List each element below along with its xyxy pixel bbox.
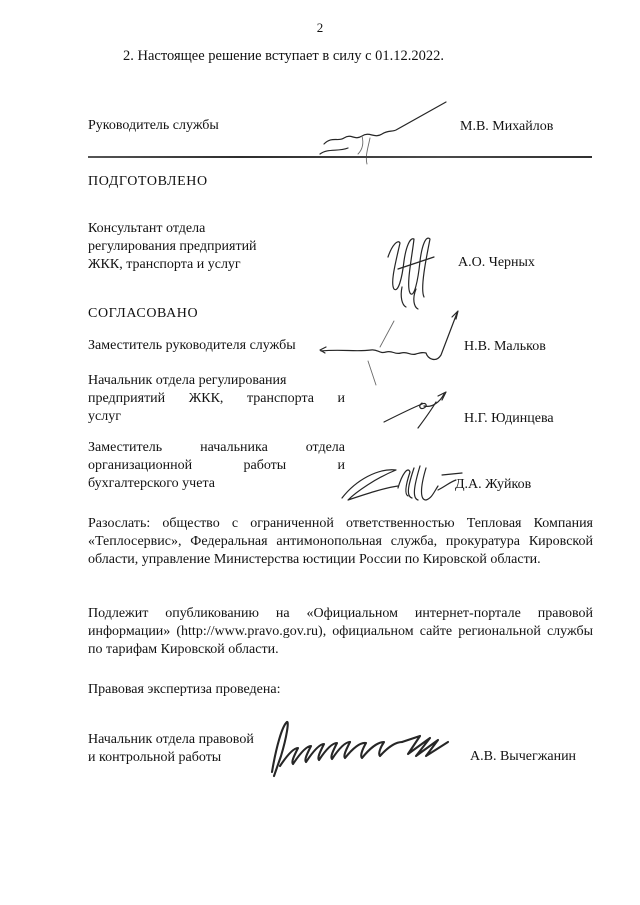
signature-vychegzhanin bbox=[260, 714, 462, 780]
signature-chernykh bbox=[378, 227, 443, 312]
agreed-position-block: Заместитель начальника отдела организаци… bbox=[88, 439, 345, 493]
head-signatory-name: М.В. Михайлов bbox=[460, 118, 553, 136]
prepared-position-block: Консультант отдела регулирования предпри… bbox=[88, 220, 345, 274]
position-line: ЖКК, транспорта и услуг bbox=[88, 256, 345, 274]
agreed-position-label: Заместитель руководителя службы bbox=[88, 337, 296, 355]
signature-zhuikov bbox=[338, 448, 466, 510]
position-line: организационной работы и bbox=[88, 457, 345, 475]
page-number: 2 bbox=[0, 20, 640, 36]
position-line: Заместитель начальника отдела bbox=[88, 439, 345, 457]
document-page: 2 2. Настоящее решение вступает в силу с… bbox=[0, 0, 640, 905]
agreed-signatory-name: Д.А. Жуйков bbox=[455, 476, 531, 494]
final-signatory-name: А.В. Вычегжанин bbox=[470, 748, 576, 766]
signature-yudintseva bbox=[382, 388, 464, 433]
agreed-signatory-name: Н.В. Мальков bbox=[464, 338, 546, 356]
position-line: регулирования предприятий bbox=[88, 238, 345, 256]
horizontal-rule bbox=[88, 156, 592, 158]
head-position-label: Руководитель службы bbox=[88, 117, 219, 135]
position-line: услуг bbox=[88, 408, 345, 426]
agreed-signatory-name: Н.Г. Юдинцева bbox=[464, 410, 554, 428]
prepared-heading: ПОДГОТОВЛЕНО bbox=[88, 173, 208, 191]
clause-text: 2. Настоящее решение вступает в силу с 0… bbox=[123, 48, 444, 65]
position-line: Консультант отдела bbox=[88, 220, 345, 238]
publication-paragraph: Подлежит опубликованию на «Официальном и… bbox=[88, 605, 593, 659]
position-line: предприятий ЖКК, транспорта и bbox=[88, 390, 345, 408]
agreed-heading: СОГЛАСОВАНО bbox=[88, 305, 198, 323]
position-line: Начальник отдела регулирования bbox=[88, 372, 345, 390]
legal-review-label: Правовая экспертиза проведена: bbox=[88, 681, 280, 699]
position-line: бухгалтерского учета bbox=[88, 475, 345, 493]
prepared-signatory-name: А.О. Черных bbox=[458, 254, 535, 272]
agreed-position-block: Начальник отдела регулирования предприят… bbox=[88, 372, 345, 426]
distribution-paragraph: Разослать: общество с ограниченной ответ… bbox=[88, 515, 593, 569]
